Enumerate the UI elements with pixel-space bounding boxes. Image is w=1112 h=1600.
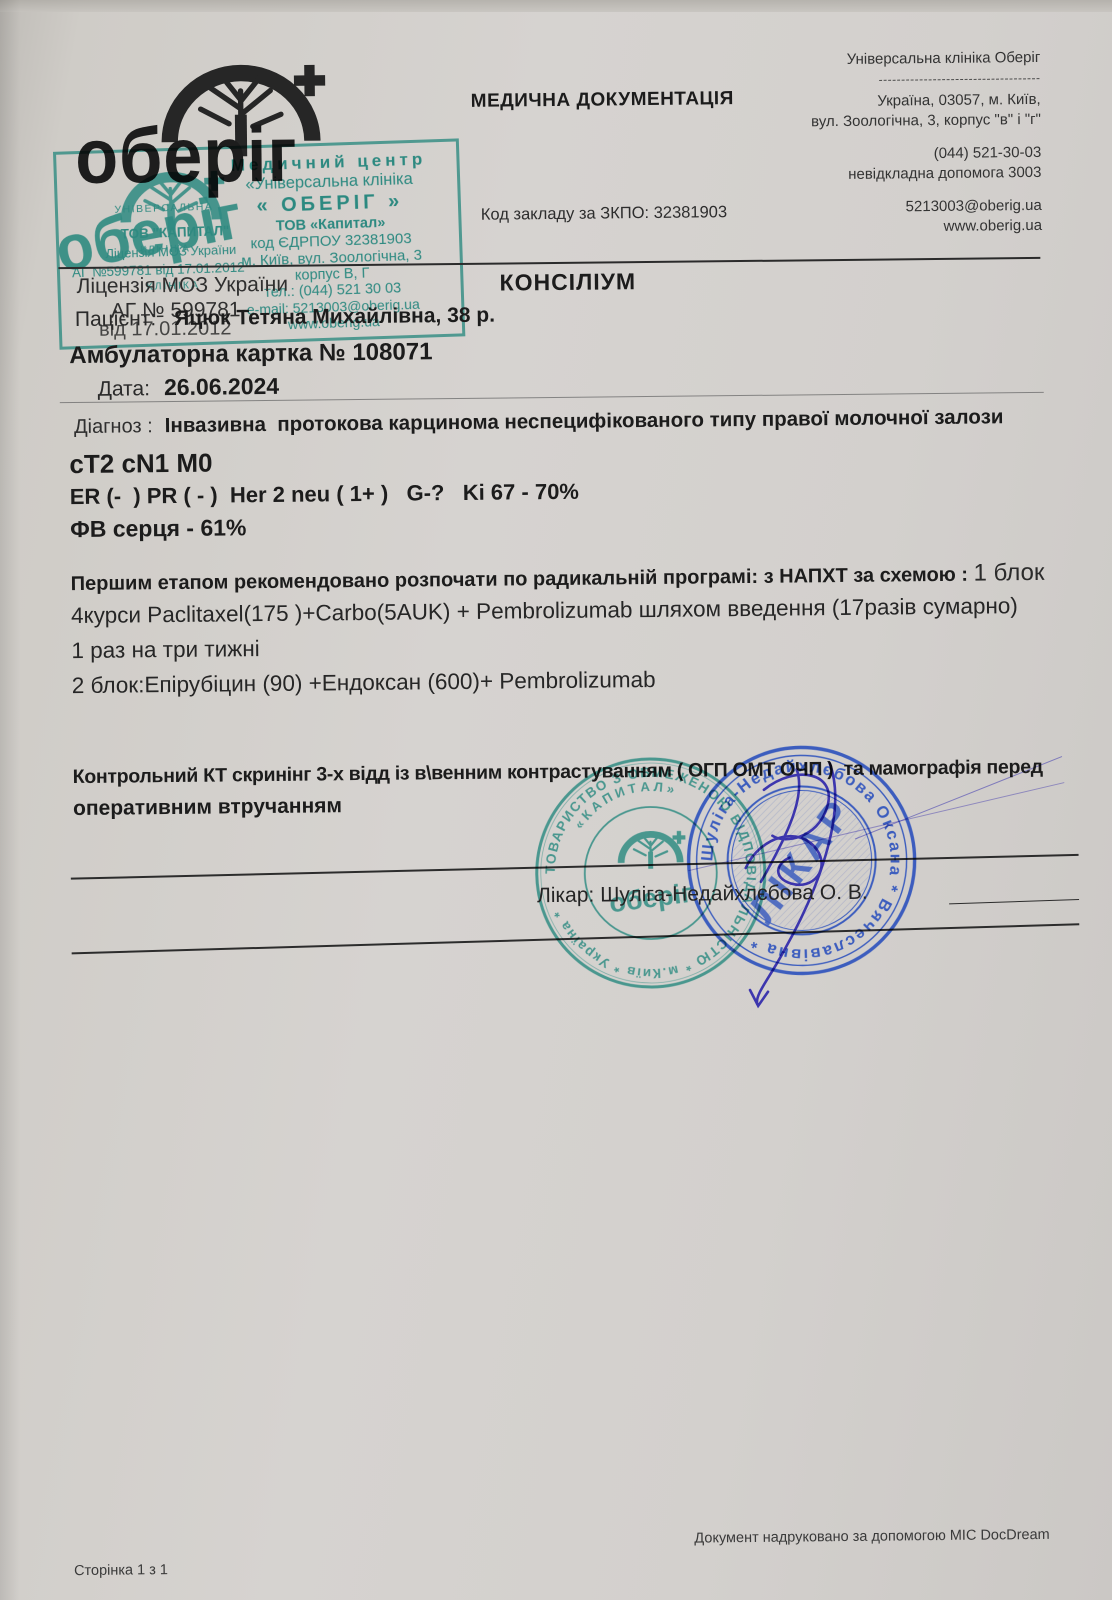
doctor-signature-label: Лікар: Шуліга-Недайхлєбова О. В. [537,881,868,908]
handwritten-signature [0,0,1112,1600]
scanned-medical-document: Універсальна клініка Оберіг ------------… [0,0,1112,1600]
page-number: Сторінка 1 з 1 [74,1562,168,1579]
document-page: Універсальна клініка Оберіг ------------… [0,0,1112,1600]
